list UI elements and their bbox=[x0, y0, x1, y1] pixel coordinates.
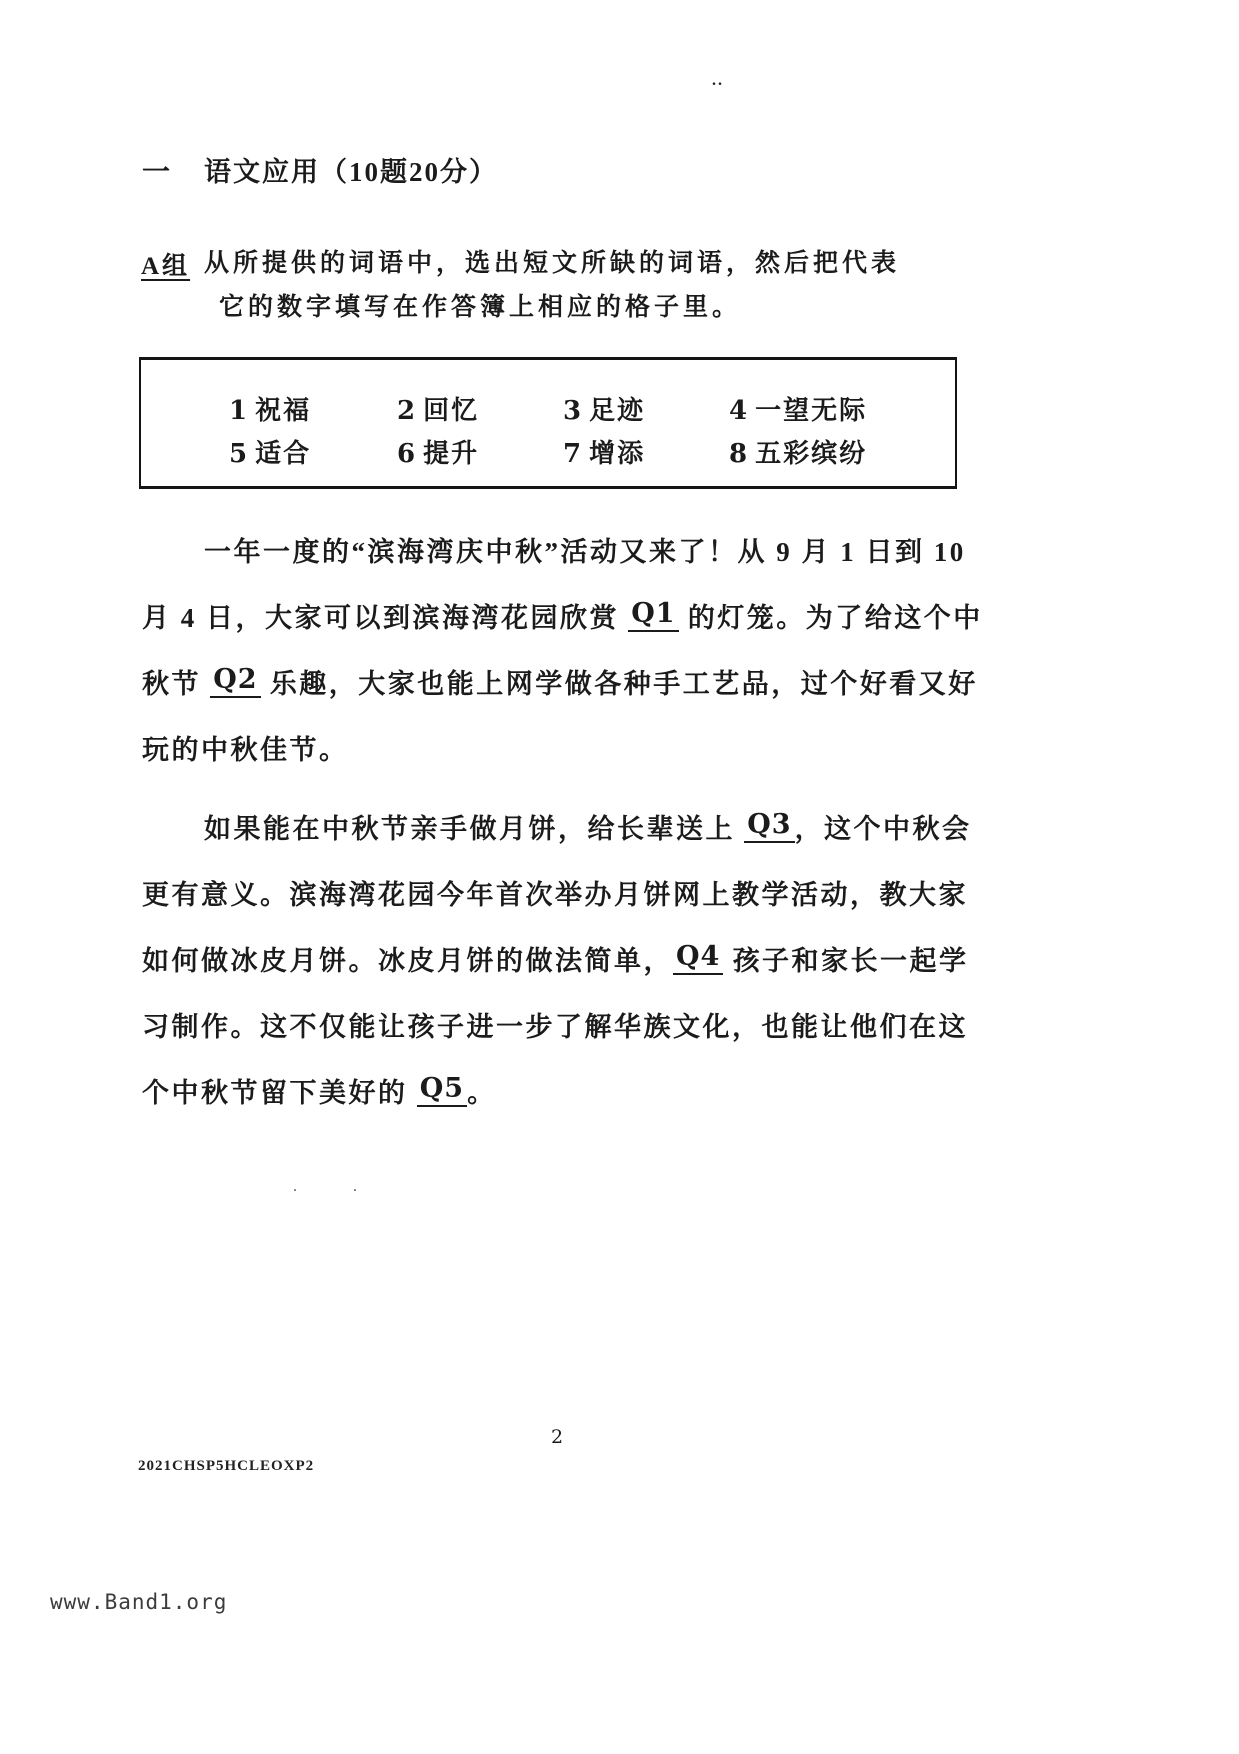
word-bank-grid: 1祝福 2回忆 3足迹 4一望无际 5适合 6提升 7增添 8五彩缤纷 bbox=[141, 360, 955, 470]
passage-text: 秋节 bbox=[142, 662, 210, 701]
word-number: 7 bbox=[563, 439, 581, 469]
word-text: 增添 bbox=[589, 439, 645, 468]
instruction-group-label: A组 bbox=[141, 246, 190, 282]
passage-line: 个中秋节留下美好的 Q5。 bbox=[142, 1057, 972, 1123]
passage-paragraph-2: 如果能在中秋节亲手做月饼，给长辈送上 Q3，这个中秋会更有意义。滨海湾花园今年首… bbox=[142, 793, 972, 1123]
blank-q5: Q5 bbox=[417, 1073, 467, 1107]
passage-text: 习制作。这不仅能让孩子进一步了解华族文化，也能让他们在这 bbox=[142, 1005, 968, 1044]
word-bank-item-6: 6提升 bbox=[309, 433, 475, 470]
passage-text: 一年一度的“滨海湾庆中秋”活动又来了！从 9 月 1 日到 10 bbox=[204, 530, 966, 569]
passage-line: 如何做冰皮月饼。冰皮月饼的做法简单，Q4 孩子和家长一起学 bbox=[142, 925, 972, 991]
passage-line: 月 4 日，大家可以到滨海湾花园欣赏 Q1 的灯笼。为了给这个中 bbox=[142, 582, 972, 648]
page-number: 2 bbox=[551, 1426, 563, 1448]
passage-text: 的灯笼。为了给这个中 bbox=[679, 596, 983, 635]
word-number: 3 bbox=[563, 396, 581, 426]
word-bank-box: 1祝福 2回忆 3足迹 4一望无际 5适合 6提升 7增添 8五彩缤纷 bbox=[139, 357, 957, 489]
word-bank-item-8: 8五彩缤纷 bbox=[641, 433, 955, 470]
word-number: 4 bbox=[729, 396, 747, 426]
word-bank-item-5: 5适合 bbox=[141, 433, 309, 470]
passage-text: 。 bbox=[467, 1071, 497, 1110]
word-text: 适合 bbox=[255, 439, 311, 468]
passage-line: 习制作。这不仅能让孩子进一步了解华族文化，也能让他们在这 bbox=[142, 991, 972, 1057]
instruction-text-line2: 它的数字填写在作答簿上相应的格子里。 bbox=[219, 287, 741, 323]
word-text: 足迹 bbox=[589, 396, 645, 425]
blank-q1: Q1 bbox=[628, 598, 678, 632]
passage-paragraph-1: 一年一度的“滨海湾庆中秋”活动又来了！从 9 月 1 日到 10月 4 日，大家… bbox=[142, 516, 972, 780]
word-bank-item-3: 3足迹 bbox=[475, 390, 641, 427]
instruction-text-line1: 从所提供的词语中，选出短文所缺的词语，然后把代表 bbox=[204, 243, 900, 279]
word-text: 一望无际 bbox=[755, 396, 867, 425]
word-number: 1 bbox=[229, 396, 247, 426]
passage-text: 个中秋节留下美好的 bbox=[142, 1071, 417, 1110]
section-title: 语文应用（10题20分） bbox=[204, 150, 498, 189]
blank-q2: Q2 bbox=[210, 664, 260, 698]
blank-q4: Q4 bbox=[673, 941, 723, 975]
passage-line: 如果能在中秋节亲手做月饼，给长辈送上 Q3，这个中秋会 bbox=[204, 793, 972, 859]
passage-text: 乐趣，大家也能上网学做各种手工艺品，过个好看又好 bbox=[261, 662, 978, 701]
passage-text: 玩的中秋佳节。 bbox=[142, 728, 349, 767]
word-number: 8 bbox=[729, 439, 747, 469]
passage-line: 一年一度的“滨海湾庆中秋”活动又来了！从 9 月 1 日到 10 bbox=[204, 516, 972, 582]
word-text: 回忆 bbox=[423, 396, 479, 425]
section-number: 一 bbox=[142, 150, 173, 190]
word-bank-item-4: 4一望无际 bbox=[641, 390, 955, 427]
passage-text: 孩子和家长一起学 bbox=[723, 939, 968, 978]
word-text: 祝福 bbox=[255, 396, 311, 425]
passage-line: 秋节 Q2 乐趣，大家也能上网学做各种手工艺品，过个好看又好 bbox=[142, 648, 972, 714]
passage-line: 更有意义。滨海湾花园今年首次举办月饼网上教学活动，教大家 bbox=[142, 859, 972, 925]
passage-text: 更有意义。滨海湾花园今年首次举办月饼网上教学活动，教大家 bbox=[142, 873, 968, 912]
blank-q3: Q3 bbox=[744, 809, 794, 843]
word-number: 2 bbox=[397, 396, 415, 426]
exam-paper-page: .. 一 语文应用（10题20分） A组 从所提供的词语中，选出短文所缺的词语，… bbox=[0, 0, 1239, 1754]
passage-text: 如果能在中秋节亲手做月饼，给长辈送上 bbox=[204, 807, 744, 846]
passage-text: ，这个中秋会 bbox=[795, 807, 972, 846]
word-bank-item-1: 1祝福 bbox=[141, 390, 309, 427]
scan-artifact-dots: . . bbox=[293, 1178, 383, 1196]
word-number: 6 bbox=[397, 439, 415, 469]
word-bank-item-7: 7增添 bbox=[475, 433, 641, 470]
word-text: 五彩缤纷 bbox=[755, 439, 867, 468]
word-bank-item-2: 2回忆 bbox=[309, 390, 475, 427]
passage-line: 玩的中秋佳节。 bbox=[142, 714, 972, 780]
scan-artifact-top: .. bbox=[712, 72, 724, 90]
word-text: 提升 bbox=[423, 439, 479, 468]
footer-paper-code: 2021CHSP5HCLEOXP2 bbox=[138, 1458, 314, 1475]
passage-text: 如何做冰皮月饼。冰皮月饼的做法简单， bbox=[142, 939, 673, 978]
word-number: 5 bbox=[229, 439, 247, 469]
watermark-url: www.Band1.org bbox=[50, 1590, 227, 1614]
passage-text: 月 4 日，大家可以到滨海湾花园欣赏 bbox=[142, 596, 628, 635]
